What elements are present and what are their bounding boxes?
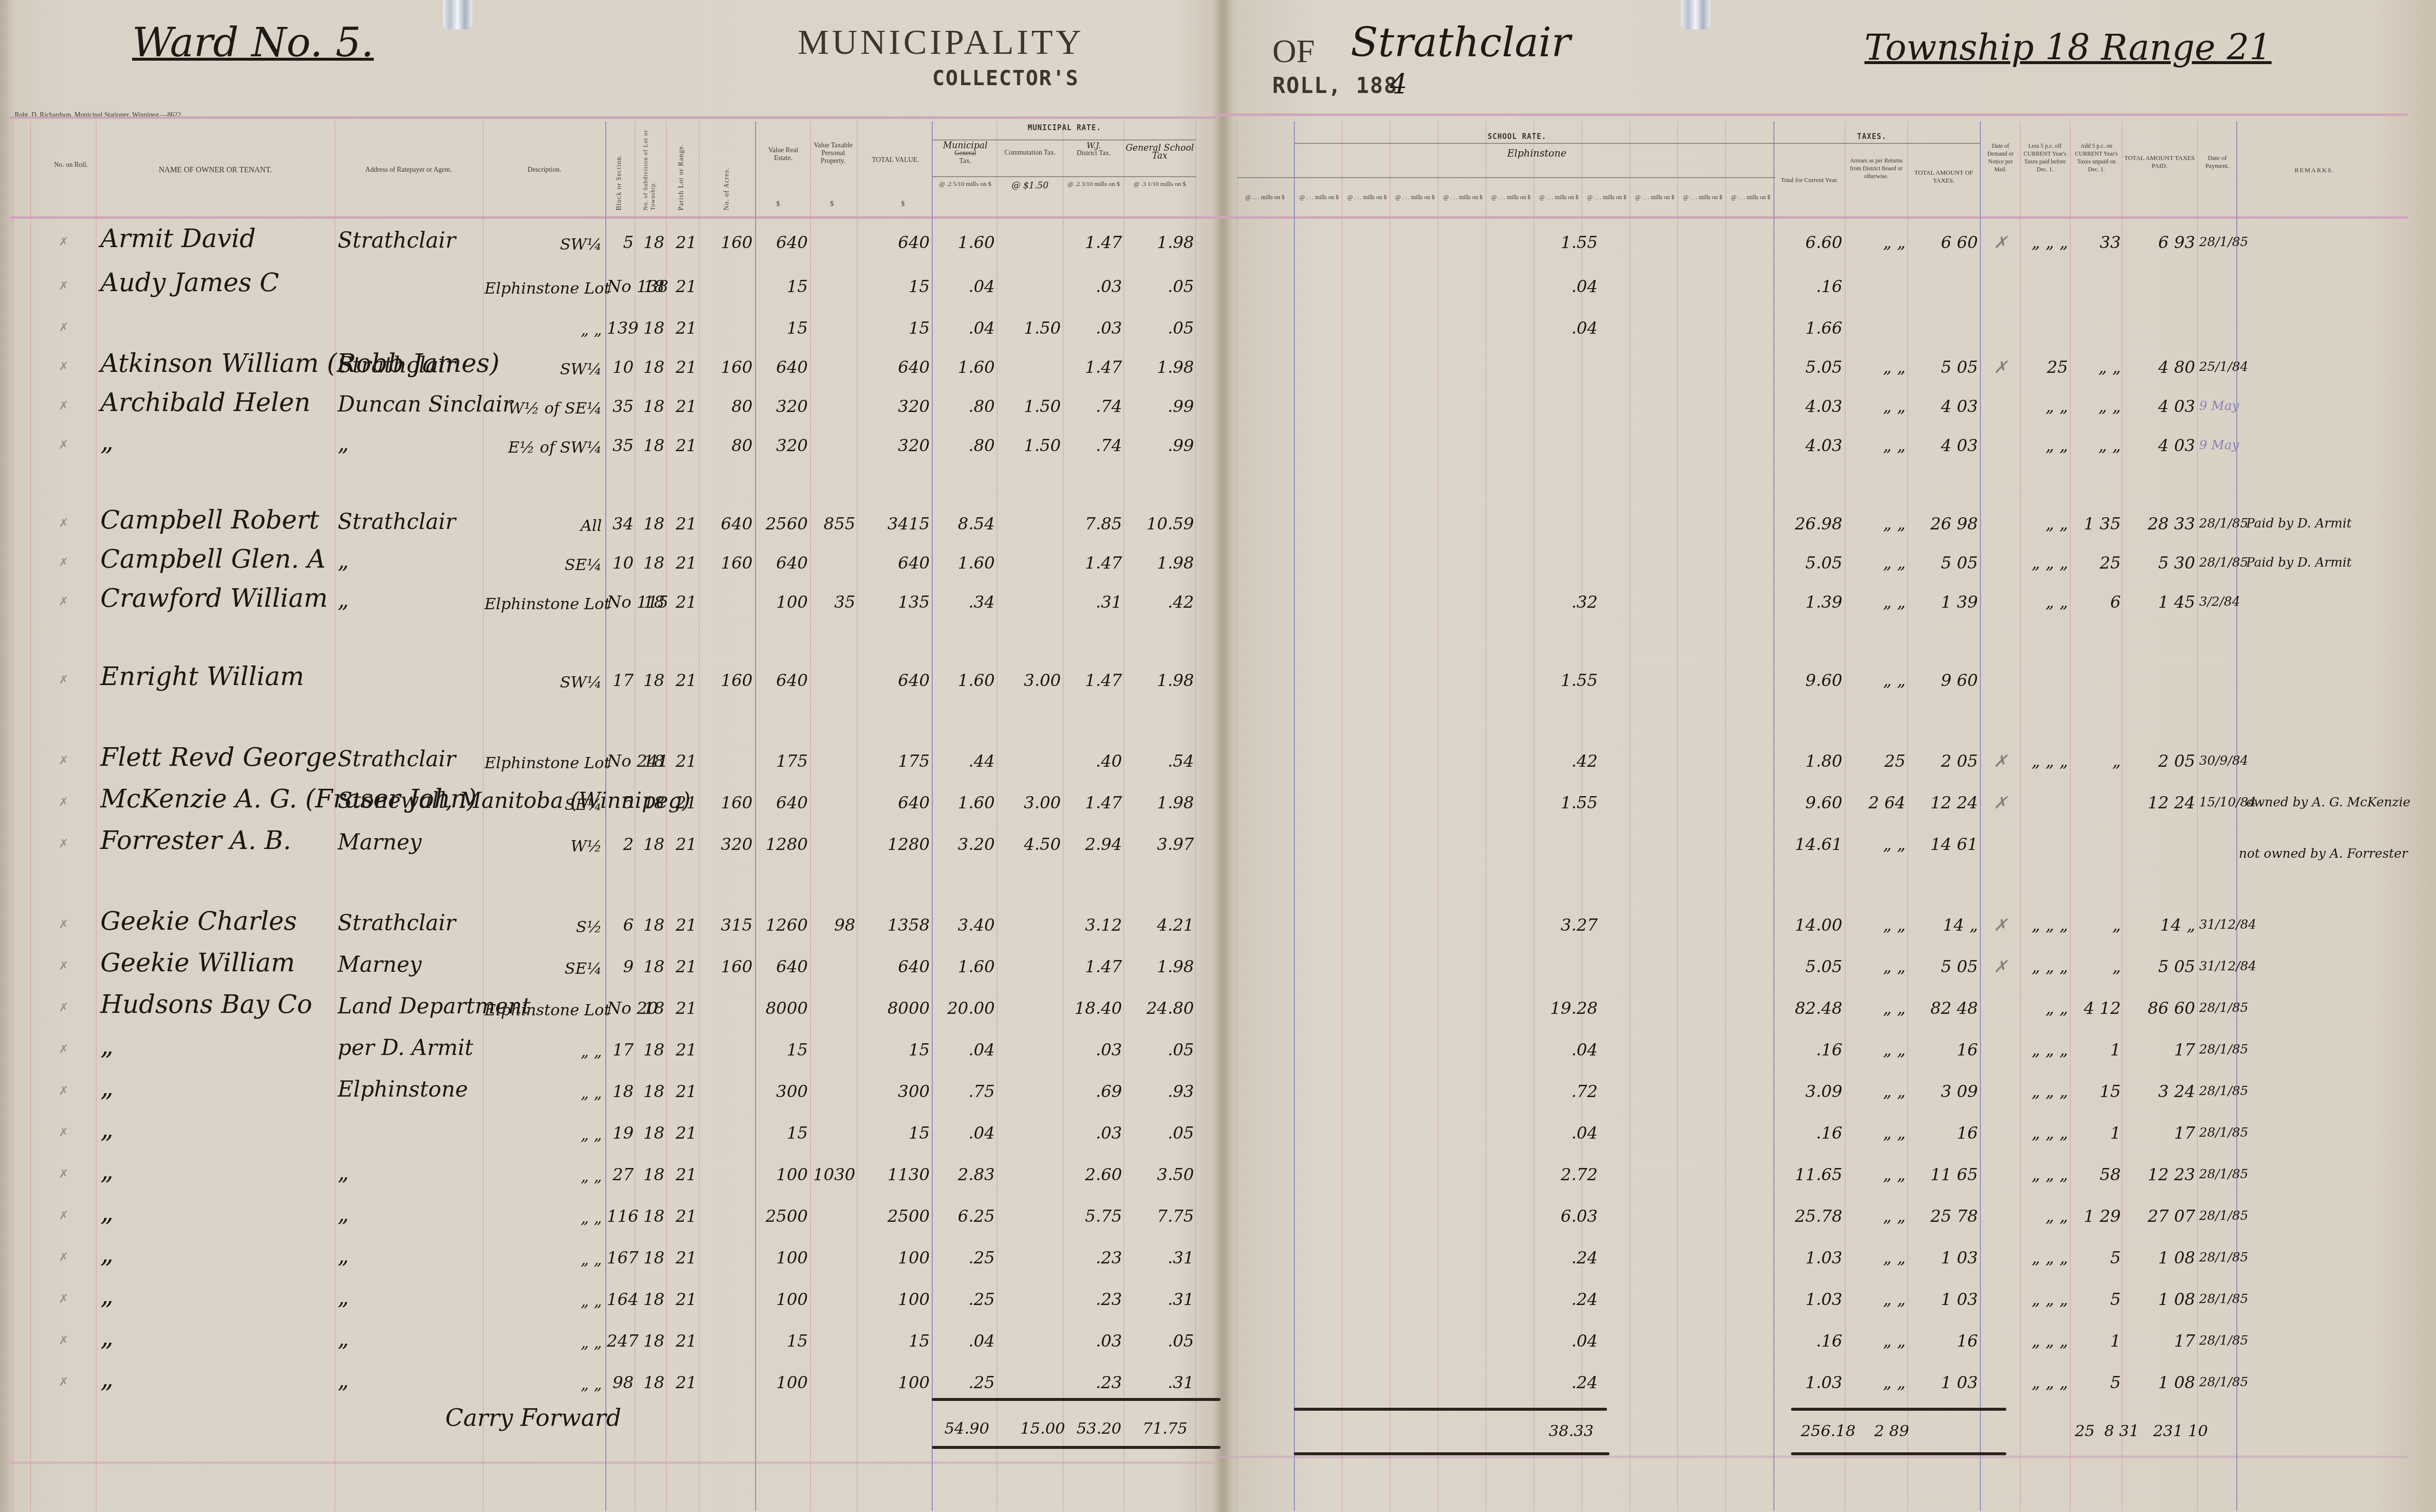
school-rate: .42 [1488, 752, 1598, 771]
add-5-percent: 6 [2072, 593, 2121, 612]
block-section: 19 [607, 1123, 634, 1143]
township: 18 [636, 957, 665, 977]
mills-header: @ . . . mills on $ [1296, 193, 1342, 201]
check-mark: ✗ [59, 235, 69, 249]
school-rate: 3.27 [1488, 916, 1598, 935]
total-value: 100 [859, 1248, 930, 1268]
book-spine [1213, 0, 1232, 1512]
less-5-percent: 25 [2022, 358, 2068, 377]
value-real-estate: 1280 [757, 835, 808, 854]
owner-name: „ [100, 1281, 114, 1310]
township: 18 [636, 358, 665, 377]
block-section: No 115 [607, 593, 634, 612]
land-description: SW¼ [484, 360, 602, 378]
total-current-year: 4.03 [1776, 436, 1842, 456]
col-line [2020, 121, 2021, 1511]
mills-header: @ . . . mills on $ [1488, 193, 1534, 201]
general-school-tax: 1.98 [1126, 671, 1194, 690]
remarks: Paid by D. Armit [2246, 555, 2352, 570]
total-paid: 1 08 [2124, 1248, 2195, 1268]
ratepayer-address: „ [338, 431, 349, 456]
col-line [1630, 121, 1630, 1511]
school-rate: .04 [1488, 319, 1598, 338]
land-description: SW¼ [484, 673, 602, 691]
payment-date: 28/1/85 [2199, 1250, 2248, 1265]
arrears: „ „ [1847, 1165, 1906, 1185]
total-value: 15 [859, 1040, 930, 1060]
total-value: 300 [859, 1082, 930, 1101]
total-current-year: 3.09 [1776, 1082, 1842, 1101]
school-rate-title: SCHOOL RATE. [1488, 132, 1546, 141]
ratepayer-address: „ [338, 1285, 349, 1310]
binder-clip-right [1681, 0, 1710, 29]
general-school-tax: .31 [1126, 1248, 1194, 1268]
owner-name: „ [100, 1364, 114, 1394]
less-5-percent: „ „ „ [2022, 553, 2068, 573]
district-tax-rate: @ .2 3/10 mills on $ [1064, 180, 1123, 188]
total-current-year: .16 [1776, 277, 1842, 297]
district-tax: .74 [1064, 397, 1122, 416]
total-value: 2500 [859, 1207, 930, 1226]
total-current-year: 1.66 [1776, 319, 1842, 338]
total-taxes: 5 05 [1909, 358, 1978, 377]
total-paid: 17 [2124, 1040, 2195, 1060]
arrears: „ „ [1847, 916, 1906, 935]
total-taxes: 25 78 [1909, 1207, 1978, 1226]
add-5-percent: „ [2072, 957, 2121, 977]
value-real-estate: 320 [757, 397, 808, 416]
total-underline [932, 1446, 1220, 1449]
range: 21 [667, 553, 697, 573]
total-paid: 14 „ [2124, 916, 2195, 935]
range: 21 [667, 319, 697, 338]
land-description: SE¼ [484, 555, 602, 574]
arrears: „ „ [1847, 233, 1906, 252]
township: 18 [636, 1165, 665, 1185]
commutation-tax: 1.50 [998, 436, 1061, 456]
range: 21 [667, 436, 697, 456]
land-description: „ „ [484, 1292, 602, 1310]
total-paid: 2 05 [2124, 752, 2195, 771]
total-underline [1791, 1452, 2006, 1455]
col-line [810, 121, 811, 1511]
total-taxes: 12 24 [1909, 793, 1978, 813]
general-school-tax: .31 [1126, 1290, 1194, 1309]
municipal-tax: .04 [934, 319, 995, 338]
municipal-tax: .25 [934, 1373, 995, 1393]
school-rate: .24 [1488, 1248, 1598, 1268]
district-tax: .03 [1064, 277, 1122, 297]
carry-forward-arrears: 2 89 [1874, 1421, 1909, 1440]
block-section: 6 [607, 916, 634, 935]
add-5-percent: 25 [2072, 553, 2121, 573]
of-label: OF [1272, 32, 1315, 70]
land-description: „ „ [484, 1333, 602, 1352]
district-tax: 2.94 [1064, 835, 1122, 854]
check-mark: ✗ [59, 516, 69, 530]
school-district-name: Elphinstone [1507, 149, 1566, 157]
header-top-rule-left [10, 116, 1218, 119]
add-5-percent: 1 [2072, 1040, 2121, 1060]
col-line [699, 121, 699, 1511]
payment-date: 31/12/84 [2199, 959, 2256, 974]
district-tax: .40 [1064, 752, 1122, 771]
general-school-tax: 1.98 [1126, 793, 1194, 813]
value-real-estate: 15 [757, 1040, 808, 1060]
total-taxes: 6 60 [1909, 233, 1978, 252]
district-tax: .23 [1064, 1373, 1122, 1393]
district-tax: .03 [1064, 1123, 1122, 1143]
check-mark: ✗ [59, 837, 69, 850]
mills-header: @ . . . mills on $ [1392, 193, 1438, 201]
check-mark: ✗ [59, 1209, 69, 1222]
township: 18 [636, 835, 665, 854]
check-mark: ✗ [59, 321, 69, 334]
payment-date: 30/9/84 [2199, 754, 2248, 768]
total-taxes: 2 05 [1909, 752, 1978, 771]
total-taxes: 4 03 [1909, 397, 1978, 416]
less-5-percent: „ „ „ [2022, 1248, 2068, 1268]
mills-header: @ . . . mills on $ [1238, 193, 1292, 201]
block-section: 5 [607, 793, 634, 813]
payment-date: 28/1/85 [2199, 1375, 2248, 1390]
total-current-year: 1.03 [1776, 1373, 1842, 1393]
municipal-tax: .34 [934, 593, 995, 612]
commutation-tax-rate: @ $1.50 [998, 182, 1062, 190]
col-line [2197, 121, 2198, 1511]
add-5-percent: 1 29 [2072, 1207, 2121, 1226]
municipal-tax: 1.60 [934, 553, 995, 573]
land-description: „ „ [484, 1042, 602, 1061]
col-header-acres: No. of Acres. [723, 152, 731, 210]
col-line [755, 121, 756, 1511]
general-school-tax: 7.75 [1126, 1207, 1194, 1226]
arrears: „ „ [1847, 553, 1906, 573]
col-line [1195, 121, 1196, 1511]
total-current-year: 1.03 [1776, 1290, 1842, 1309]
acres: 160 [700, 957, 753, 977]
total-value: 175 [859, 752, 930, 771]
district-tax-label: District Tax. [1064, 150, 1123, 158]
range: 21 [667, 1290, 697, 1309]
land-description: „ „ [484, 1375, 602, 1394]
value-real-estate: 175 [757, 752, 808, 771]
owner-name: „ [100, 1198, 114, 1227]
header-bottom-rule-right [1218, 216, 2408, 219]
total-taxes: 16 [1909, 1331, 1978, 1351]
payment-date: 28/1/85 [2199, 1167, 2248, 1182]
school-rate: 6.03 [1488, 1207, 1598, 1226]
value-real-estate: 640 [757, 233, 808, 252]
acres: 160 [700, 233, 753, 252]
remarks: not owned by A. Forrester [2239, 847, 2408, 861]
value-real-estate: 15 [757, 1123, 808, 1143]
total-paid: 6 93 [2124, 233, 2195, 252]
municipal-tax: .44 [934, 752, 995, 771]
township: 18 [636, 1123, 665, 1143]
total-paid: 1 08 [2124, 1290, 2195, 1309]
land-description: SE¼ [484, 795, 602, 814]
township: 18 [636, 793, 665, 813]
total-taxes: 1 03 [1909, 1248, 1978, 1268]
land-description: W½ of SE¼ [484, 399, 602, 417]
land-description: „ „ [484, 321, 602, 339]
municipal-rate-title: MUNICIPAL RATE. [1028, 123, 1101, 132]
add-5-percent: 1 35 [2072, 514, 2121, 534]
township: 18 [636, 916, 665, 935]
payment-date: 28/1/85 [2199, 1292, 2248, 1306]
total-paid: 1 08 [2124, 1373, 2195, 1393]
general-school-tax: .93 [1126, 1082, 1194, 1101]
block-section: 9 [607, 957, 634, 977]
col-header-date-payment: Date of Payment. [2199, 154, 2235, 170]
total-value: 15 [859, 1123, 930, 1143]
municipal-tax: 1.60 [934, 957, 995, 977]
total-current-year: 5.05 [1776, 957, 1842, 977]
value-real-estate: 1260 [757, 916, 808, 935]
range: 21 [667, 1165, 697, 1185]
col-header-commutation-tax: Commutation Tax. [998, 149, 1062, 157]
dollar-sign-real: $ [773, 201, 783, 208]
district-tax: 1.47 [1064, 553, 1122, 573]
col-line [96, 121, 96, 1511]
owner-name: Geekie Charles [100, 907, 297, 936]
acres: 80 [700, 397, 753, 416]
district-tax: 1.47 [1064, 358, 1122, 377]
township: 18 [636, 553, 665, 573]
school-rate: .24 [1488, 1373, 1598, 1393]
total-value: 640 [859, 553, 930, 573]
add-5-percent: 15 [2072, 1082, 2121, 1101]
total-current-year: 1.80 [1776, 752, 1842, 771]
range: 21 [667, 1373, 697, 1393]
total-paid: 3 24 [2124, 1082, 2195, 1101]
mills-header: @ . . . mills on $ [1584, 193, 1630, 201]
total-current-year: 82.48 [1776, 999, 1842, 1018]
land-description: „ „ [484, 1250, 602, 1269]
date-demand: ✗ [1982, 793, 2019, 813]
owner-name: Hudsons Bay Co [100, 990, 312, 1019]
total-taxes: 82 48 [1909, 999, 1978, 1018]
municipal-tax: .80 [934, 436, 995, 456]
township: 18 [636, 1331, 665, 1351]
col-header-subdivision: No. of Subdivision of Lot or Township. [642, 127, 657, 210]
add-5-percent: 5 [2072, 1373, 2121, 1393]
commutation-tax: 1.50 [998, 319, 1061, 338]
township: 18 [636, 1082, 665, 1101]
col-header-date-demand: Date of Demand or Notice per Mail. [1982, 142, 2019, 173]
range: 21 [667, 593, 697, 612]
col-header-name: NAME OF OWNER OR TENANT. [103, 166, 328, 174]
check-mark: ✗ [59, 595, 69, 608]
less-5-percent: „ „ „ [2022, 1040, 2068, 1060]
ratepayer-address: Strathclair [338, 747, 456, 772]
range: 21 [667, 1207, 697, 1226]
municipal-tax: 3.40 [934, 916, 995, 935]
arrears: „ „ [1847, 1123, 1906, 1143]
add-5-percent: 1 [2072, 1331, 2121, 1351]
date-demand: ✗ [1982, 957, 2019, 977]
land-description: „ „ [484, 1125, 602, 1144]
col-line [335, 121, 335, 1511]
school-rate: .04 [1488, 1040, 1598, 1060]
total-paid: 4 03 [2124, 397, 2195, 416]
township: 18 [636, 593, 665, 612]
value-personal: 98 [812, 916, 855, 935]
total-value: 1358 [859, 916, 930, 935]
general-school-tax: 1.98 [1126, 553, 1194, 573]
check-mark: ✗ [59, 1167, 69, 1181]
land-description: E½ of SW¼ [484, 438, 602, 457]
payment-date: 28/1/85 [2199, 235, 2248, 250]
total-paid: 4 03 [2124, 436, 2195, 456]
district-tax: .23 [1064, 1290, 1122, 1309]
ratepayer-address: „ [338, 1160, 349, 1185]
arrears: „ „ [1847, 1373, 1906, 1393]
col-header-district-tax: W.J. District Tax. [1064, 142, 1123, 158]
school-rate: .04 [1488, 277, 1598, 297]
collectors-label: COLLECTOR'S [932, 66, 1079, 90]
block-section: 27 [607, 1165, 634, 1185]
add-5-percent: „ „ [2072, 436, 2121, 456]
block-section: No 20 [607, 999, 634, 1018]
owner-name: „ [100, 1156, 114, 1186]
col-line [483, 121, 483, 1511]
total-taxes: 4 03 [1909, 436, 1978, 456]
total-value: 640 [859, 793, 930, 813]
dollar-sign-total: $ [898, 201, 908, 208]
carry-forward-commutation: 15.00 [1020, 1419, 1065, 1438]
block-section: 17 [607, 671, 634, 690]
add-5-percent: 5 [2072, 1248, 2121, 1268]
section-divider [1294, 143, 1980, 144]
total-paid: 17 [2124, 1123, 2195, 1143]
taxes-title: TAXES. [1857, 132, 1886, 141]
township: 18 [636, 1373, 665, 1393]
mills-header: @ . . . mills on $ [1344, 193, 1390, 201]
total-current-year: 25.78 [1776, 1207, 1842, 1226]
range: 21 [667, 1040, 697, 1060]
col-line [1773, 121, 1774, 1511]
total-current-year: 14.00 [1776, 916, 1842, 935]
acres: 160 [700, 793, 753, 813]
less-5-percent: „ „ [2022, 397, 2068, 416]
block-section: No 138 [607, 277, 634, 297]
col-line [1725, 121, 1726, 1511]
payment-date: 9 May [2199, 438, 2239, 453]
check-mark: ✗ [59, 1292, 69, 1306]
total-taxes: 11 65 [1909, 1165, 1978, 1185]
municipal-tax: .25 [934, 1248, 995, 1268]
ratepayer-address: „ [338, 549, 349, 573]
check-mark: ✗ [59, 1333, 69, 1347]
total-value: 100 [859, 1373, 930, 1393]
check-mark: ✗ [59, 1375, 69, 1389]
block-section: 10 [607, 358, 634, 377]
footer-rule-left [10, 1462, 1218, 1465]
value-real-estate: 640 [757, 957, 808, 977]
arrears: „ „ [1847, 1331, 1906, 1351]
block-section: 34 [607, 514, 634, 534]
value-personal: 35 [812, 593, 855, 612]
land-description: Elphinstone Lot [484, 595, 602, 613]
col-line [1486, 121, 1486, 1511]
commutation-tax: 1.50 [998, 397, 1061, 416]
school-rate: 19.28 [1488, 999, 1598, 1018]
total-current-year: 5.05 [1776, 553, 1842, 573]
less-5-percent: „ „ „ [2022, 1331, 2068, 1351]
add-5-percent: 5 [2072, 1290, 2121, 1309]
value-real-estate: 8000 [757, 999, 808, 1018]
add-5-percent: „ [2072, 916, 2121, 935]
general-school-tax: 1.98 [1126, 233, 1194, 252]
col-line [997, 121, 997, 1511]
acres: 640 [700, 514, 753, 534]
commutation-tax: 4.50 [998, 835, 1061, 854]
total-paid: 12 23 [2124, 1165, 2195, 1185]
land-description: SW¼ [484, 235, 602, 253]
range: 21 [667, 835, 697, 854]
block-section: 139 [607, 319, 634, 338]
municipal-tax: .25 [934, 1290, 995, 1309]
block-section: 2 [607, 835, 634, 854]
less-5-percent: „ „ „ [2022, 1082, 2068, 1101]
total-paid: 28 33 [2124, 514, 2195, 534]
ratepayer-address: „ [338, 1327, 349, 1352]
school-rate: .24 [1488, 1290, 1598, 1309]
owner-name: Flett Revd George [100, 743, 337, 772]
total-taxes: 16 [1909, 1040, 1978, 1060]
col-line [2070, 121, 2070, 1511]
carry-forward-less: 25 [2075, 1421, 2095, 1440]
total-underline [932, 1398, 1220, 1401]
block-section: 10 [607, 553, 634, 573]
mills-header: @ . . . mills on $ [1679, 193, 1726, 201]
range: 21 [667, 999, 697, 1018]
acres: 315 [700, 916, 753, 935]
col-header-block: Block or Section. [616, 127, 623, 210]
total-value: 100 [859, 1290, 930, 1309]
value-real-estate: 640 [757, 671, 808, 690]
land-description: Elphinstone Lot [484, 754, 602, 772]
district-tax: 18.40 [1064, 999, 1122, 1018]
value-real-estate: 15 [757, 1331, 808, 1351]
payment-date: 25/1/84 [2199, 360, 2248, 374]
check-mark: ✗ [59, 795, 69, 809]
col-header-general-school-tax: General School Tax [1126, 144, 1194, 160]
district-tax: 3.12 [1064, 916, 1122, 935]
township: 18 [636, 277, 665, 297]
col-line [666, 121, 666, 1511]
col-header-parish: Parish Lot or Range. [678, 127, 686, 210]
total-taxes: 9 60 [1909, 671, 1978, 690]
col-header-municipal-tax: Municipal General Tax. [935, 142, 996, 165]
value-real-estate: 320 [757, 436, 808, 456]
school-rate: 1.55 [1488, 793, 1598, 813]
total-taxes: 1 39 [1909, 593, 1978, 612]
add-5-percent: 4 12 [2072, 999, 2121, 1018]
owner-name: Campbell Robert [100, 505, 320, 535]
ratepayer-address: Strathclair [338, 911, 456, 936]
township: 18 [636, 436, 665, 456]
col-header-total-amount: TOTAL AMOUNT OF TAXES. [1909, 169, 1978, 184]
municipal-tax: .80 [934, 397, 995, 416]
municipal-tax-handwritten: Municipal [935, 142, 996, 150]
arrears: „ „ [1847, 999, 1906, 1018]
ratepayer-address: Marney [338, 830, 422, 855]
general-school-tax: 4.21 [1126, 916, 1194, 935]
footer-rule-right [1218, 1456, 2408, 1459]
